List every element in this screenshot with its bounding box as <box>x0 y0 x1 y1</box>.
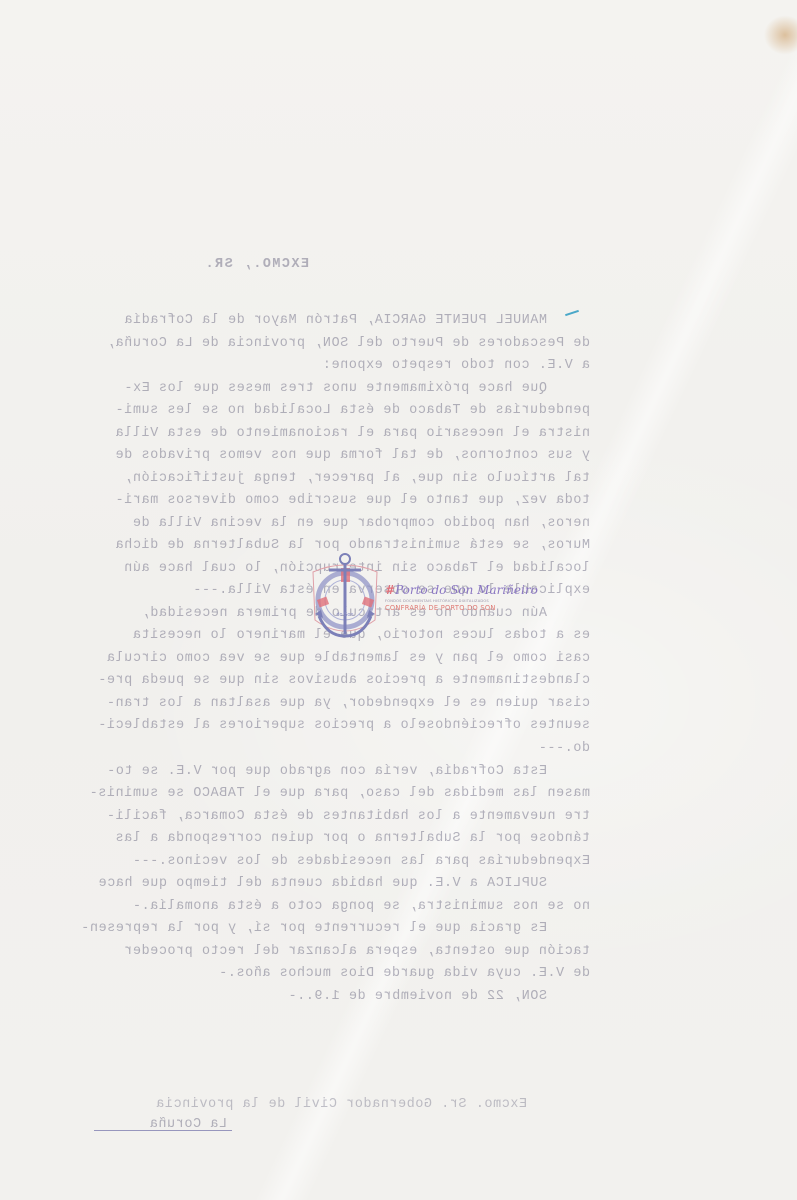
text-line: tándose por la Subalterna o por quien co… <box>115 831 590 847</box>
text-line: do.--- <box>538 741 590 757</box>
watermark-text: #Porto do Son Mariñeiro FONDOS DOCUMENTA… <box>385 583 525 612</box>
text-line: nistra el necesario para el racionamient… <box>115 426 590 442</box>
watermark-subtitle: FONDOS DOCUMENTAIS HISTÓRICOS DIXITALIZA… <box>385 599 525 603</box>
text-line: tre nuevamente a los habitantes de ésta … <box>106 809 590 825</box>
document-heading: EXCMO., SR. <box>204 257 309 273</box>
watermark-brand: #Porto do Son Mariñeiro <box>385 583 525 597</box>
text-line: a V.E. con todo respeto expone: <box>322 358 590 374</box>
text-line: Esta Cofradía, vería con agrado que por … <box>107 764 547 780</box>
text-line: neros, han podido comprobar que en la ve… <box>132 516 590 532</box>
text-line: tal artículo sin que, al parecer, tenga … <box>124 471 590 487</box>
watermark: do Son #Porto do Son Mariñeiro FONDOS DO… <box>305 550 525 650</box>
text-line: clandestinamente a precios abusivos sin … <box>98 673 590 689</box>
text-line: masen las medidas del caso, para que el … <box>89 786 590 802</box>
date-line: SON, 22 de noviembre de 1.9..- <box>288 989 547 1005</box>
text-line: no se nos suministra, se ponga coto a és… <box>132 899 590 915</box>
text-line: MANUEL PUENTE GARCIA, Patrón Mayor de la… <box>124 313 547 329</box>
text-line: pendedurías de Tabaco de ésta Localidad … <box>115 403 590 419</box>
text-line: Es gracia que el recurrente por sí, y po… <box>81 921 547 937</box>
watermark-organization: CONFRARÍA DE PORTO DO SON <box>385 604 525 612</box>
anchor-lifebuoy-logo-icon: do Son <box>305 550 385 650</box>
text-line: Expendedurías para las necesidades de lo… <box>132 854 590 870</box>
city-underline <box>94 1130 232 1131</box>
text-line: de V.E. cuya vida guarde Dios muchos año… <box>219 966 590 982</box>
hash-icon: # <box>385 583 395 597</box>
text-line: de Pescadores de Puerto del SON, provinc… <box>106 336 590 352</box>
addressee-line: Excmo. Sr. Gobernador Civil de la provin… <box>156 1097 527 1113</box>
text-line: SUPLICA a V.E. que habida cuenta del tie… <box>98 876 547 892</box>
text-line: Que hace próximamente unos tres meses qu… <box>124 381 547 397</box>
text-line: toda vez, que tanto el que suscribe como… <box>115 493 590 509</box>
text-line: casi como el pan y es lamentable que se … <box>106 651 590 667</box>
svg-text:do Son: do Son <box>336 612 353 618</box>
text-line: tación que ostenta, espera alcanzar del … <box>124 944 590 960</box>
text-line: cisar quien es el expendedor, ya que asa… <box>106 696 590 712</box>
text-line: seuntes ofreciéndoselo a precios superio… <box>98 718 590 734</box>
text-line: y sus contornos, de tal forma que nos ve… <box>115 448 590 464</box>
